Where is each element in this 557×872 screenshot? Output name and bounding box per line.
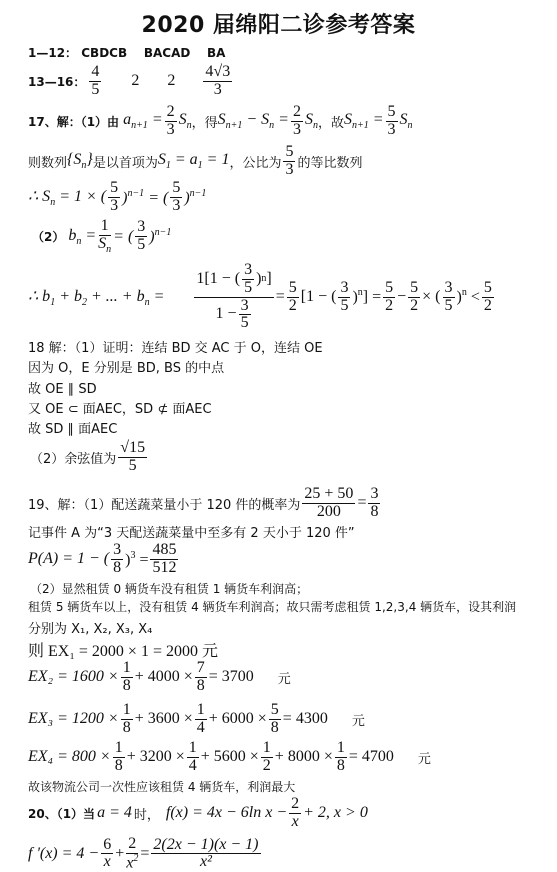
- denominator: 5: [129, 458, 137, 475]
- fraction-2-3: 23: [291, 104, 303, 139]
- fraction-5-3: 53: [386, 104, 398, 139]
- text: ，公比为: [229, 152, 281, 171]
- numerator: 3: [368, 486, 380, 504]
- q18-line5: 故 SD ∥ 面AEC: [28, 418, 117, 437]
- q19-conclusion: 故该物流公司一次性应该租赁 4 辆货车，利润最大: [28, 778, 295, 795]
- text: + 3200 ×: [127, 748, 185, 766]
- q19-line5: 租赁 5 辆货车以上，没有租赁 4 辆货车利润高；故只需考虑租赁 1,2,3,4…: [28, 598, 516, 615]
- q19-line1: 19、解：（1）配送蔬菜量小于 120 件的概率为 25 + 50200 = 3…: [28, 486, 382, 521]
- formula: an+1 =: [123, 111, 163, 131]
- q18-line4: 又 OE ⊂ 面AEC，SD ⊄ 面AEC: [28, 398, 212, 417]
- formula: Sn: [305, 111, 318, 131]
- answer-13: 45: [89, 64, 101, 99]
- unit: 元: [418, 748, 431, 767]
- denominator: 512: [152, 560, 176, 577]
- formula: f(x) = 4x − 6ln x −: [166, 804, 287, 822]
- q20-line2: f '(x) = 4 − 6x + 2x2 = 2(2x − 1)(x − 1)…: [28, 836, 263, 872]
- formula: + 2, x > 0: [303, 804, 368, 822]
- answers-1-12-label: 1—12：: [28, 46, 77, 60]
- formula: Sn: [179, 111, 192, 131]
- q18-line1: 18 解：（1）证明：连结 BD 交 AC 于 O，连结 OE: [28, 337, 323, 356]
- formula: Sn: [400, 111, 413, 131]
- formula: f '(x) = 4 −: [28, 845, 99, 863]
- text: + 4000 ×: [135, 668, 193, 686]
- formula: {Sn}: [67, 151, 93, 171]
- text: = 4700: [349, 748, 394, 766]
- numerator: 4: [89, 64, 101, 82]
- unit: 元: [278, 668, 291, 687]
- q18-line2: 因为 O，E 分别是 BD, BS 的中点: [28, 357, 224, 376]
- q19-ex3: EX₃ = 1200 × 18 + 3600 × 14 + 6000 × 58 …: [28, 702, 365, 737]
- answer-15: 2: [167, 72, 175, 90]
- pa-result: 485512: [150, 542, 178, 577]
- numerator: 485: [150, 542, 178, 560]
- answers-1-12: 1—12： CBDCB BACAD BA: [28, 44, 225, 61]
- text: + 8000 ×: [275, 748, 333, 766]
- text: 时，: [134, 804, 160, 823]
- denominator: x²: [200, 854, 212, 871]
- q19-line4: （2）显然租赁 0 辆货车没有租赁 1 辆货车利润高；: [30, 580, 308, 597]
- answer-16: 4√33: [203, 64, 232, 99]
- q19-line2: 记事件 A 为“3 天配送蔬菜量中至多有 2 天小于 120 件”: [28, 522, 355, 541]
- derivative-fraction: 2(2x − 1)(x − 1)x²: [151, 837, 260, 872]
- denominator: 3: [214, 82, 222, 99]
- answers-1-12-values: CBDCB BACAD BA: [81, 46, 225, 60]
- text: 20、（1）当: [28, 805, 95, 822]
- denominator: 200: [317, 504, 341, 521]
- q17-sum: ∴ b1 + b2 + ... + bn = 1[1 − (35)n] 1 − …: [28, 262, 496, 332]
- probability-result: 38: [368, 486, 380, 521]
- fraction-5-3: 53: [283, 144, 295, 179]
- text: + 6000 ×: [209, 710, 267, 728]
- numerator: 4√3: [203, 64, 232, 82]
- answers-13-16: 13—16： 45 2 2 4√33: [28, 64, 234, 99]
- text: EX₄ = 800 ×: [28, 748, 111, 766]
- page-title: 2020 届绵阳二诊参考答案: [0, 8, 557, 39]
- text: + 5600 ×: [201, 748, 259, 766]
- text: = 3700: [209, 668, 254, 686]
- part-label: （2）: [32, 228, 64, 245]
- answer-14: 2: [131, 72, 139, 90]
- unit: 元: [352, 710, 365, 729]
- q20-line1: 20、（1）当 a = 4 时， f(x) = 4x − 6ln x − 2x …: [28, 796, 368, 831]
- fraction-3-5: 35: [135, 219, 147, 254]
- numerator: 25 + 50: [302, 486, 355, 504]
- text: （2）余弦值为: [30, 448, 116, 467]
- q19-ex2: EX₂ = 1600 × 18 + 4000 × 78 = 3700 元: [28, 660, 291, 695]
- fraction-5-3: 53: [108, 180, 120, 215]
- formula: a = 4: [97, 804, 132, 822]
- text: 的等比数列: [297, 152, 362, 171]
- text: P(A) = 1 − (: [28, 550, 109, 568]
- text: EX₃ = 1200 ×: [28, 710, 119, 728]
- text: + 3600 ×: [135, 710, 193, 728]
- q17-part2: （2） bn = 1Sn = ( 35 )n−1: [32, 218, 171, 255]
- geometric-sum-fraction: 1[1 − (35)n] 1 − 35: [194, 262, 273, 332]
- q19-line3: P(A) = 1 − ( 38 )3 = 485512: [28, 542, 180, 577]
- q17-line1: 17、解：（1）由 an+1 = 23 Sn ，得 Sn+1 − Sn = 23…: [28, 104, 413, 139]
- fraction: 1Sn: [98, 218, 111, 255]
- q18-line3: 故 OE ∥ SD: [28, 378, 97, 397]
- text: ，故: [318, 112, 344, 131]
- q19-ex4: EX₄ = 800 × 18 + 3200 × 14 + 5600 × 12 +…: [28, 740, 431, 775]
- text: = 4300: [283, 710, 328, 728]
- numerator: 2(2x − 1)(x − 1): [151, 837, 260, 855]
- answers-13-16-label: 13—16：: [28, 73, 85, 90]
- q17-head: 17、解：（1）由: [28, 113, 119, 130]
- denominator: 5: [91, 82, 99, 99]
- text: 是以首项为: [93, 152, 158, 171]
- text: ，得: [192, 112, 218, 131]
- q17-line2: 则数列 {Sn} 是以首项为 S1 = a1 = 1 ，公比为 53 的等比数列: [28, 144, 362, 179]
- formula: S1 = a1 = 1: [158, 151, 230, 171]
- fraction-5-3: 53: [170, 180, 182, 215]
- q19-line6: 分别为 X₁, X₂, X₃, X₄: [28, 618, 152, 637]
- cosine-value: √155: [118, 440, 147, 475]
- numerator: √15: [118, 440, 147, 458]
- fraction-2-3: 23: [165, 104, 177, 139]
- q17-line3: ∴ Sn = 1 × ( 53 )n−1 = ( 53 )n−1: [28, 180, 206, 215]
- text: EX₂ = 1600 ×: [28, 668, 119, 686]
- probability-fraction: 25 + 50200: [302, 486, 355, 521]
- formula: Sn+1 − Sn =: [218, 111, 289, 131]
- text: 则数列: [28, 152, 67, 171]
- denominator: 8: [370, 504, 378, 521]
- formula: Sn+1 =: [344, 111, 384, 131]
- q19-ex1: 则 EX₁ = 2000 × 1 = 2000 元: [28, 638, 218, 661]
- text: 19、解：（1）配送蔬菜量小于 120 件的概率为: [28, 494, 300, 513]
- q18-line6: （2）余弦值为 √155: [30, 440, 149, 475]
